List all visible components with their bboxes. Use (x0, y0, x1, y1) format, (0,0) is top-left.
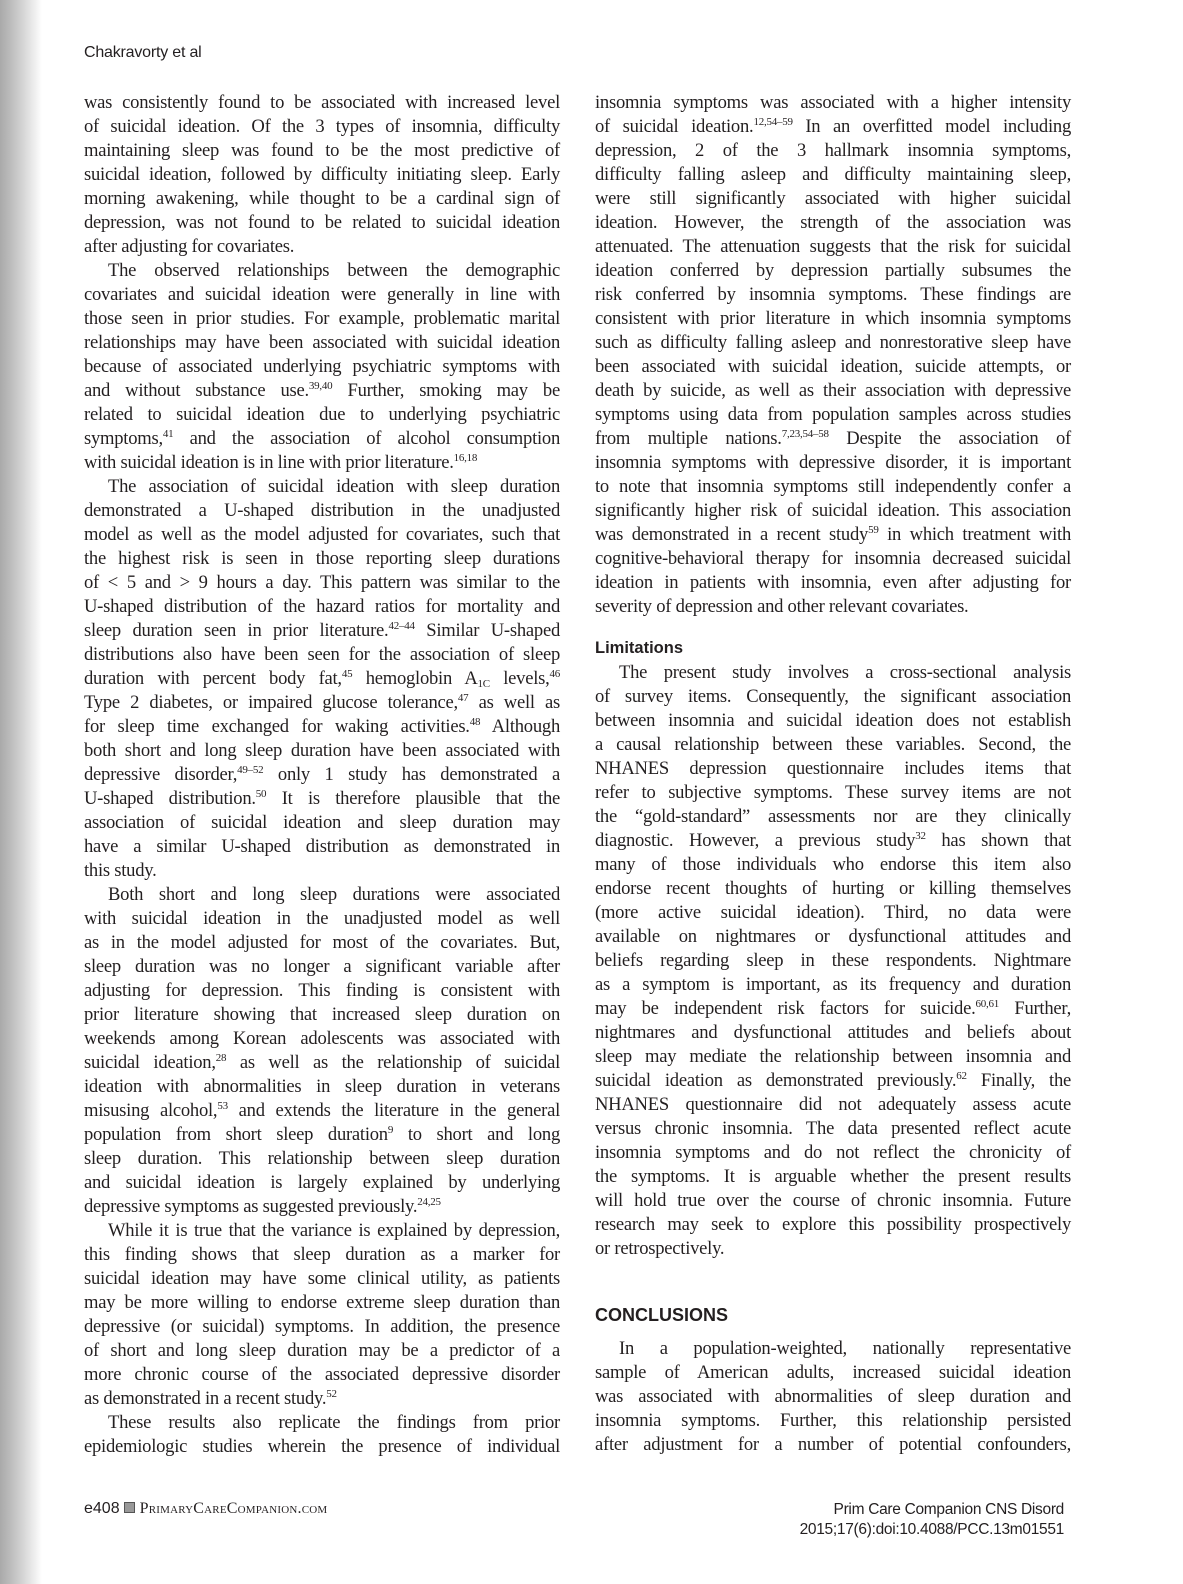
text-line: beliefs regarding sleep in these respond… (595, 949, 1071, 973)
text-line: U-shaped distribution of the hazard rati… (84, 595, 560, 619)
text-line: of short and long sleep duration may be … (84, 1339, 560, 1363)
text-line: was consistently found to be associated … (84, 91, 560, 115)
text-segment: Although (480, 716, 560, 737)
text-line: was associated with abnormalities of sle… (595, 1385, 1071, 1409)
text-segment: and without substance use. (84, 380, 309, 401)
text-line: significantly higher risk of suicidal id… (595, 499, 1071, 523)
text-line: sleep duration was no longer a significa… (84, 955, 560, 979)
text-line: death by suicide, as well as their assoc… (595, 379, 1071, 403)
subscript: 1C (478, 678, 490, 690)
text-segment: It is therefore plausible that the (266, 788, 560, 809)
conclusions-heading: CONCLUSIONS (595, 1301, 1071, 1329)
page-number: e408 (84, 1500, 120, 1517)
citation-ref[interactable]: 46 (550, 668, 561, 680)
text-line: with suicidal ideation is in line with p… (84, 451, 560, 475)
text-segment: may be independent risk factors for suic… (595, 998, 976, 1019)
citation-ref[interactable]: 52 (326, 1388, 337, 1400)
text-line: adjusting for depression. This finding i… (84, 979, 560, 1003)
text-line: research may seek to explore this possib… (595, 1213, 1071, 1237)
text-line: many of those individuals who endorse th… (595, 853, 1071, 877)
text-segment: Despite the association of (829, 428, 1071, 449)
text-segment: has shown that (926, 830, 1071, 851)
text-line: model as well as the model adjusted for … (84, 523, 560, 547)
text-line: insomnia symptoms was associated with a … (595, 91, 1071, 115)
text-segment: hemoglobin A (352, 668, 477, 689)
text-line: nightmares and dysfunctional attitudes a… (595, 1021, 1071, 1045)
text-line: as demonstrated in a recent study.52 (84, 1387, 560, 1411)
citation-ref[interactable]: 12,54–59 (753, 116, 792, 128)
text-line: ideation conferred by depression partial… (595, 259, 1071, 283)
text-segment: suicidal ideation as demonstrated previo… (595, 1070, 956, 1091)
text-line: sample of American adults, increased sui… (595, 1361, 1071, 1385)
citation-ref[interactable]: 28 (216, 1052, 227, 1064)
text-line: population from short sleep duration9 to… (84, 1123, 560, 1147)
text-line: The association of suicidal ideation wit… (84, 475, 560, 499)
journal-website-link[interactable]: PrimaryCareCompanion.com (140, 1500, 328, 1517)
text-line: insomnia symptoms with depressive disord… (595, 451, 1071, 475)
page-binding-shadow (0, 0, 42, 1584)
text-line: between insomnia and suicidal ideation d… (595, 709, 1071, 733)
text-line: depressive symptoms as suggested previou… (84, 1195, 560, 1219)
text-line: this finding shows that sleep duration a… (84, 1243, 560, 1267)
text-line: both short and long sleep duration have … (84, 739, 560, 763)
citation-ref[interactable]: 41 (163, 428, 174, 440)
text-line: those seen in prior studies. For example… (84, 307, 560, 331)
text-line: relationships may have been associated w… (84, 331, 560, 355)
text-line: after adjusting for covariates. (84, 235, 560, 259)
text-line: severity of depression and other relevan… (595, 595, 1071, 619)
text-segment: misusing alcohol, (84, 1100, 217, 1121)
citation-ref[interactable]: 24,25 (417, 1196, 441, 1208)
text-line: as in the model adjusted for most of the… (84, 931, 560, 955)
text-segment: depressive disorder, (84, 764, 237, 785)
text-segment: with suicidal ideation is in line with p… (84, 452, 454, 473)
text-line: prior literature showing that increased … (84, 1003, 560, 1027)
right-column: insomnia symptoms was associated with a … (595, 91, 1071, 1457)
text-line: These results also replicate the finding… (84, 1411, 560, 1435)
text-line: covariates and suicidal ideation were ge… (84, 283, 560, 307)
text-segment: and extends the literature in the genera… (228, 1100, 560, 1121)
text-line: cognitive-behavioral therapy for insomni… (595, 547, 1071, 571)
text-segment: as well as the relationship of suicidal (226, 1052, 560, 1073)
text-line: a causal relationship between these vari… (595, 733, 1071, 757)
text-line: after adjustment for a number of potenti… (595, 1433, 1071, 1457)
text-line: NHANES questionnaire did not adequately … (595, 1093, 1071, 1117)
text-segment: only 1 study has demonstrated a (263, 764, 560, 785)
text-line: morning awakening, while thought to be a… (84, 187, 560, 211)
text-line: NHANES depression questionnaire includes… (595, 757, 1071, 781)
text-line: suicidal ideation,28 as well as the rela… (84, 1051, 560, 1075)
text-line: and suicidal ideation is largely explain… (84, 1171, 560, 1195)
text-segment: population from short sleep duration (84, 1124, 388, 1145)
text-line: have a similar U-shaped distribution as … (84, 835, 560, 859)
text-line: suicidal ideation may have some clinical… (84, 1267, 560, 1291)
text-segment: diagnostic. However, a previous study (595, 830, 915, 851)
text-line: the highest risk is seen in those report… (84, 547, 560, 571)
text-line: U-shaped distribution.50 It is therefore… (84, 787, 560, 811)
text-segment: was demonstrated in a recent study (595, 524, 868, 545)
text-line: sleep duration seen in prior literature.… (84, 619, 560, 643)
text-line: difficulty falling asleep and difficulty… (595, 163, 1071, 187)
text-line: available on nightmares or dysfunctional… (595, 925, 1071, 949)
text-line: In a population-weighted, nationally rep… (595, 1337, 1071, 1361)
text-line: from multiple nations.7,23,54–58 Despite… (595, 427, 1071, 451)
text-line: depression, 2 of the 3 hallmark insomnia… (595, 139, 1071, 163)
text-line: While it is true that the variance is ex… (84, 1219, 560, 1243)
text-line: distributions also have been seen for th… (84, 643, 560, 667)
text-line: the “gold-standard” assessments nor are … (595, 805, 1071, 829)
text-line: depressive disorder,49–52 only 1 study h… (84, 763, 560, 787)
text-line: the symptoms. It is arguable whether the… (595, 1165, 1071, 1189)
footer-left: e408PrimaryCareCompanion.com (84, 1500, 327, 1518)
text-line: with suicidal ideation in the unadjusted… (84, 907, 560, 931)
text-line: more chronic course of the associated de… (84, 1363, 560, 1387)
text-line: may be independent risk factors for suic… (595, 997, 1071, 1021)
text-line: was demonstrated in a recent study59 in … (595, 523, 1071, 547)
text-line: endorse recent thoughts of hurting or ki… (595, 877, 1071, 901)
citation-doi[interactable]: 2015;17(6):doi:10.4088/PCC.13m01551 (800, 1520, 1064, 1540)
text-line: sleep may mediate the relationship betwe… (595, 1045, 1071, 1069)
citation-ref[interactable]: 59 (868, 524, 879, 536)
text-line: suicidal ideation as demonstrated previo… (595, 1069, 1071, 1093)
text-segment: to short and long (393, 1124, 560, 1145)
text-line: of suicidal ideation.12,54–59 In an over… (595, 115, 1071, 139)
left-column: was consistently found to be associated … (84, 91, 560, 1459)
text-line: to note that insomnia symptoms still ind… (595, 475, 1071, 499)
text-segment: as demonstrated in a recent study. (84, 1388, 326, 1409)
text-line: were still significantly associated with… (595, 187, 1071, 211)
text-line: ideation in patients with insomnia, even… (595, 571, 1071, 595)
text-line: or retrospectively. (595, 1237, 1071, 1261)
text-line: suicidal ideation, followed by difficult… (84, 163, 560, 187)
square-bullet-icon (124, 1502, 135, 1513)
footer-right: Prim Care Companion CNS Disord 2015;17(6… (800, 1500, 1064, 1540)
text-segment: In an overfitted model including (793, 116, 1071, 137)
citation-ref[interactable]: 47 (458, 692, 469, 704)
text-line: misusing alcohol,53 and extends the lite… (84, 1099, 560, 1123)
text-line: diagnostic. However, a previous study32 … (595, 829, 1071, 853)
text-line: The observed relationships between the d… (84, 259, 560, 283)
text-segment: of suicidal ideation. (595, 116, 753, 137)
text-line: duration with percent body fat,45 hemogl… (84, 667, 560, 691)
citation-ref[interactable]: 39,40 (309, 380, 333, 392)
text-segment: U-shaped distribution. (84, 788, 256, 809)
citation-ref[interactable]: 32 (915, 830, 926, 842)
text-line: demonstrated a U-shaped distribution in … (84, 499, 560, 523)
text-line: Type 2 diabetes, or impaired glucose tol… (84, 691, 560, 715)
text-segment: in which treatment with (879, 524, 1071, 545)
text-line: such as difficulty falling asleep and no… (595, 331, 1071, 355)
text-segment: Type 2 diabetes, or impaired glucose tol… (84, 692, 458, 713)
text-line: of survey items. Consequently, the signi… (595, 685, 1071, 709)
text-line: will hold true over the course of chroni… (595, 1189, 1071, 1213)
text-line: risk conferred by insomnia symptoms. The… (595, 283, 1071, 307)
text-segment: and the association of alcohol consumpti… (173, 428, 560, 449)
text-line: been associated with suicidal ideation, … (595, 355, 1071, 379)
text-line: Both short and long sleep durations were… (84, 883, 560, 907)
text-line: because of associated underlying psychia… (84, 355, 560, 379)
text-line: of < 5 and > 9 hours a day. This pattern… (84, 571, 560, 595)
text-line: (more active suicidal ideation). Third, … (595, 901, 1071, 925)
text-segment: from multiple nations. (595, 428, 782, 449)
text-line: this study. (84, 859, 560, 883)
text-line: association of suicidal ideation and sle… (84, 811, 560, 835)
text-line: versus chronic insomnia. The data presen… (595, 1117, 1071, 1141)
text-line: The present study involves a cross-secti… (595, 661, 1071, 685)
text-line: refer to subjective symptoms. These surv… (595, 781, 1071, 805)
text-line: depression, was not found to be related … (84, 211, 560, 235)
citation-ref[interactable]: 45 (342, 668, 353, 680)
text-line: ideation with abnormalities in sleep dur… (84, 1075, 560, 1099)
text-line: ideation. However, the strength of the a… (595, 211, 1071, 235)
text-line: maintaining sleep was found to be the mo… (84, 139, 560, 163)
text-line: symptoms,41 and the association of alcoh… (84, 427, 560, 451)
text-line: of suicidal ideation. Of the 3 types of … (84, 115, 560, 139)
text-segment: Similar U-shaped (415, 620, 560, 641)
text-line: symptoms using data from population samp… (595, 403, 1071, 427)
text-line: related to suicidal ideation due to unde… (84, 403, 560, 427)
running-head-authors: Chakravorty et al (84, 44, 202, 62)
text-segment: symptoms, (84, 428, 163, 449)
text-line: epidemiologic studies wherein the presen… (84, 1435, 560, 1459)
citation-ref[interactable]: 7,23,54–58 (782, 428, 829, 440)
text-segment: for sleep time exchanged for waking acti… (84, 716, 470, 737)
citation-ref[interactable]: 42–44 (388, 620, 414, 632)
text-line: attenuated. The attenuation suggests tha… (595, 235, 1071, 259)
citation-ref[interactable]: 16,18 (454, 452, 478, 464)
journal-name: Prim Care Companion CNS Disord (800, 1500, 1064, 1520)
citation-ref[interactable]: 53 (217, 1100, 228, 1112)
citation-ref[interactable]: 60,61 (976, 998, 1000, 1010)
text-line: weekends among Korean adolescents was as… (84, 1027, 560, 1051)
text-segment: duration with percent body fat, (84, 668, 342, 689)
text-line: and without substance use.39,40 Further,… (84, 379, 560, 403)
text-segment: Further, (999, 998, 1071, 1019)
text-segment: sleep duration seen in prior literature. (84, 620, 388, 641)
citation-ref[interactable]: 50 (256, 788, 267, 800)
text-line: consistent with prior literature in whic… (595, 307, 1071, 331)
citation-ref[interactable]: 49–52 (237, 764, 263, 776)
text-line: depressive (or suicidal) symptoms. In ad… (84, 1315, 560, 1339)
text-line: may be more willing to endorse extreme s… (84, 1291, 560, 1315)
text-line: as a symptom is important, as its freque… (595, 973, 1071, 997)
text-line: for sleep time exchanged for waking acti… (84, 715, 560, 739)
text-segment: Further, smoking may be (332, 380, 560, 401)
text-line: insomnia symptoms and do not reflect the… (595, 1141, 1071, 1165)
text-segment: suicidal ideation, (84, 1052, 216, 1073)
text-line: sleep duration. This relationship betwee… (84, 1147, 560, 1171)
text-line: insomnia symptoms. Further, this relatio… (595, 1409, 1071, 1433)
citation-ref[interactable]: 62 (956, 1070, 967, 1082)
citation-ref[interactable]: 48 (470, 716, 481, 728)
text-segment: Finally, the (967, 1070, 1071, 1091)
text-segment: depressive symptoms as suggested previou… (84, 1196, 417, 1217)
limitations-heading: Limitations (595, 635, 1071, 661)
text-segment: as well as (468, 692, 560, 713)
text-segment: levels, (490, 668, 550, 689)
